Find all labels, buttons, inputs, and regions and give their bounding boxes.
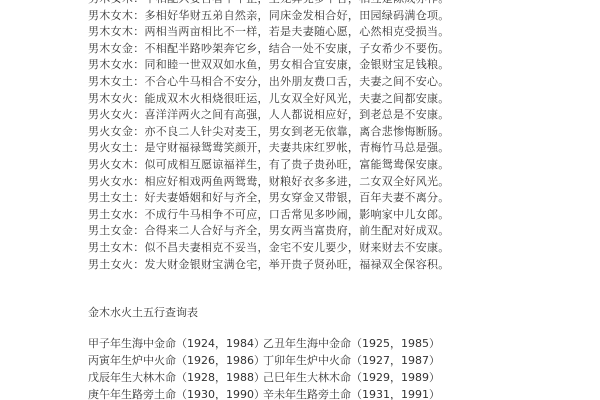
table-cell: 丙寅年生炉中火命（1926，1986） bbox=[88, 352, 263, 369]
poem-text: 好夫妻婚姻和好与齐全，男女穿金又带银，百年夫妻不离分。 bbox=[145, 191, 450, 204]
poem-label: 男木女木： bbox=[88, 25, 145, 38]
cell-years: （1926，1986） bbox=[176, 354, 265, 367]
table-cell: 甲子年生海中金命（1924，1984） bbox=[88, 335, 263, 352]
poem-line: 男木女土：不合心牛马相合不安分，出外朋友费口舌，夫妻之间不安心。 bbox=[88, 74, 450, 91]
poem-label: 男火女木： bbox=[88, 158, 145, 171]
poem-line: 男木女木：多相好华财五弟自然亲，同床金发相合好，田园绿码满仓项。 bbox=[88, 8, 450, 25]
table-cell: 丁卯年生炉中火命（1927，1987） bbox=[263, 352, 440, 369]
poem-line: 男火女土：是守财福禄鸳鸯笑颜开，夫妻共床红罗帐，青梅竹马总是强。 bbox=[88, 140, 450, 157]
poem-label: 男木女木： bbox=[88, 9, 145, 22]
poem-text: 是守财福禄鸳鸯笑颜开，夫妻共床红罗帐，青梅竹马总是强。 bbox=[145, 141, 450, 154]
table-cell: 乙丑年生海中金命（1925，1985） bbox=[263, 335, 440, 352]
poem-text: 似可成相互愿谅福祥生，有了贵子贵孙旺，富能鸳鸯保安康。 bbox=[145, 158, 450, 171]
poem-line: 男火女木：似可成相互愿谅福祥生，有了贵子贵孙旺，富能鸳鸯保安康。 bbox=[88, 157, 450, 174]
table-row: 庚午年生路旁土命（1930，1990）辛未年生路旁土命（1931，1991） bbox=[88, 386, 440, 400]
poem-label: 男火女水： bbox=[88, 175, 145, 188]
poem-text: 同和睦一世双双如水鱼，男女相合宜安康，金银财宝足钱粮。 bbox=[145, 58, 450, 71]
poem-label: 男土女土： bbox=[88, 191, 145, 204]
cell-years: （1930，1990） bbox=[176, 388, 265, 400]
poem-line: 男土女土：好夫妻婚姻和好与齐全，男女穿金又带银，百年夫妻不离分。 bbox=[88, 190, 450, 207]
poem-label: 男木女金： bbox=[88, 42, 145, 55]
cell-years: （1925，1985） bbox=[351, 337, 440, 350]
poem-label: 男土女金： bbox=[88, 224, 145, 237]
poem-line: 男土女木：似不昌夫妻相克不妥当，金宅不安儿要少，财来财去不安康。 bbox=[88, 240, 450, 257]
poem-line: 男火女火：喜洋洋两火之间有高强，人人都说相应好，到老总是不安康。 bbox=[88, 107, 450, 124]
poem-label: 男土女木： bbox=[88, 241, 145, 254]
poem-text: 两相当两亩相比不一样，若是夫妻随心愿，心然相克受损当。 bbox=[145, 25, 450, 38]
cell-years: （1928，1988） bbox=[176, 371, 265, 384]
table-cell: 庚午年生路旁土命（1930，1990） bbox=[88, 386, 263, 400]
poem-label: 男土女火： bbox=[88, 258, 145, 271]
poem-line: 男木女水：同和睦一世双双如水鱼，男女相合宜安康，金银财宝足钱粮。 bbox=[88, 57, 450, 74]
poem-label: 男木女土： bbox=[88, 75, 145, 88]
table-cell: 辛未年生路旁土命（1931，1991） bbox=[263, 386, 440, 400]
poem-text: 不成行牛马相争不可应，口舌常见多吵闹，影响家中儿女郎。 bbox=[145, 208, 450, 221]
poem-text: 能成双木火相烧很旺运，儿女双全好风光，夫妻之间都安康。 bbox=[145, 92, 450, 105]
poem-text: 亦不良二人针尖对麦王，男女到老无依靠，离合悲惨悔断肠。 bbox=[145, 125, 450, 138]
poem-label: 男火女火： bbox=[88, 108, 145, 121]
table-row: 丙寅年生炉中火命（1926，1986）丁卯年生炉中火命（1927，1987） bbox=[88, 352, 440, 369]
poem-label: 男火女土： bbox=[88, 141, 145, 154]
cell-name: 辛未年生路旁土命 bbox=[263, 388, 351, 400]
cell-name: 乙丑年生海中金命 bbox=[263, 337, 351, 350]
poem-label: 男木女火： bbox=[88, 92, 145, 105]
poem-text: 多相好华财五弟自然亲，同床金发相合好，田园绿码满仓项。 bbox=[145, 9, 450, 22]
section-heading: 金木水火土五行查询表 bbox=[88, 304, 198, 320]
table-row: 戊辰年生大林木命（1928，1988）己巳年生大林木命（1929，1989） bbox=[88, 369, 440, 386]
cell-name: 庚午年生路旁土命 bbox=[88, 388, 176, 400]
five-elements-table: 甲子年生海中金命（1924，1984）乙丑年生海中金命（1925，1985） 丙… bbox=[88, 335, 440, 400]
poem-text: 发大财金银财宝满仓宅，举开贵子贤孙旺，福禄双全保容积。 bbox=[145, 258, 450, 271]
poem-line: 男土女火：发大财金银财宝满仓宅，举开贵子贤孙旺，福禄双全保容积。 bbox=[88, 257, 450, 274]
poem-line: 男火女金：亦不良二人针尖对麦王，男女到老无依靠，离合悲惨悔断肠。 bbox=[88, 124, 450, 141]
compatibility-poem: 男木女木：不相配只要自看不平正，土龙异克多不合，相互是隙成亦作。 男木女木：多相… bbox=[88, 0, 450, 273]
cell-name: 丁卯年生炉中火命 bbox=[263, 354, 351, 367]
poem-label: 男火女金： bbox=[88, 125, 145, 138]
cell-years: （1931，1991） bbox=[351, 388, 440, 400]
poem-line: 男木女火：能成双木火相烧很旺运，儿女双全好风光，夫妻之间都安康。 bbox=[88, 91, 450, 108]
table-cell: 己巳年生大林木命（1929，1989） bbox=[263, 369, 440, 386]
poem-text: 不相配半路吵架奔它乡，结合一处不安康，子女希少不要伤。 bbox=[145, 42, 450, 55]
poem-line: 男土女金：合得来二人合好与齐全，男女两当富贵府，前生配对好成双。 bbox=[88, 223, 450, 240]
table-cell: 戊辰年生大林木命（1928，1988） bbox=[88, 369, 263, 386]
cell-name: 己巳年生大林木命 bbox=[263, 371, 351, 384]
document-page: 男木女木：不相配只要自看不平正，土龙异克多不合，相互是隙成亦作。 男木女木：多相… bbox=[0, 0, 600, 400]
poem-line: 男木女木：不相配只要自看不平正，土龙异克多不合，相互是隙成亦作。 bbox=[88, 0, 450, 8]
cell-name: 甲子年生海中金命 bbox=[88, 337, 176, 350]
cell-name: 丙寅年生炉中火命 bbox=[88, 354, 176, 367]
poem-text: 相应好相戏两鱼两鸳鸯，财粮好衣多多进，二女双全好风光。 bbox=[145, 175, 450, 188]
table-row: 甲子年生海中金命（1924，1984）乙丑年生海中金命（1925，1985） bbox=[88, 335, 440, 352]
poem-text: 不合心牛马相合不安分，出外朋友费口舌，夫妻之间不安心。 bbox=[145, 75, 450, 88]
poem-text: 不相配只要自看不平正，土龙异克多不合，相互是隙成亦作。 bbox=[145, 0, 450, 5]
poem-label: 男土女水： bbox=[88, 208, 145, 221]
poem-text: 喜洋洋两火之间有高强，人人都说相应好，到老总是不安康。 bbox=[145, 108, 450, 121]
poem-text: 似不昌夫妻相克不妥当，金宅不安儿要少，财来财去不安康。 bbox=[145, 241, 450, 254]
cell-years: （1924，1984） bbox=[176, 337, 265, 350]
poem-line: 男木女木：两相当两亩相比不一样，若是夫妻随心愿，心然相克受损当。 bbox=[88, 24, 450, 41]
poem-text: 合得来二人合好与齐全，男女两当富贵府，前生配对好成双。 bbox=[145, 224, 450, 237]
poem-label: 男木女木： bbox=[88, 0, 145, 5]
poem-line: 男木女金：不相配半路吵架奔它乡，结合一处不安康，子女希少不要伤。 bbox=[88, 41, 450, 58]
cell-name: 戊辰年生大林木命 bbox=[88, 371, 176, 384]
poem-line: 男火女水：相应好相戏两鱼两鸳鸯，财粮好衣多多进，二女双全好风光。 bbox=[88, 174, 450, 191]
cell-years: （1927，1987） bbox=[351, 354, 440, 367]
poem-label: 男木女水： bbox=[88, 58, 145, 71]
cell-years: （1929，1989） bbox=[351, 371, 440, 384]
poem-line: 男土女水：不成行牛马相争不可应，口舌常见多吵闹，影响家中儿女郎。 bbox=[88, 207, 450, 224]
